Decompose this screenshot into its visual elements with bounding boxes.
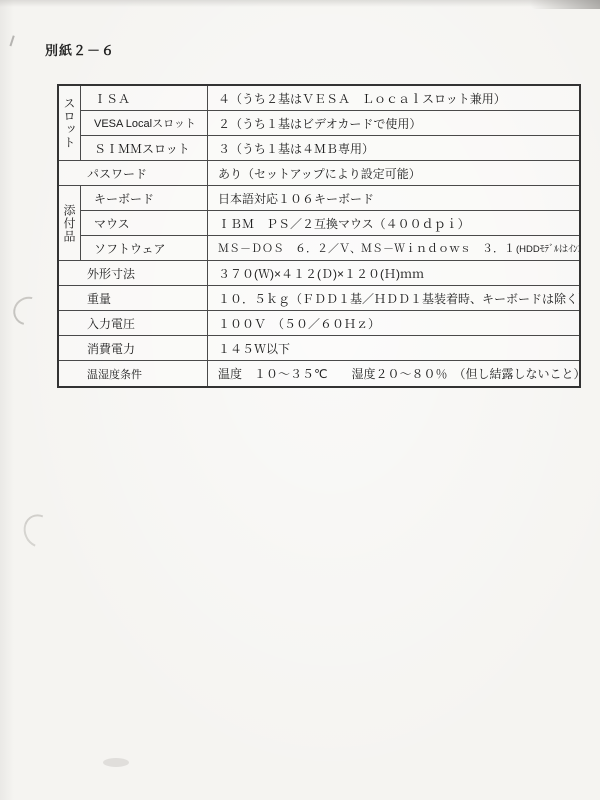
group-label-slots: スロット — [59, 86, 81, 161]
row-label-weight: 重量 — [59, 286, 208, 311]
scan-artifact-blob — [103, 758, 129, 767]
row-value-vesa-local-slot: ２（うち１基はビデオカードで使用） — [208, 111, 579, 136]
row-label-isa: ＩＳＡ — [81, 86, 208, 111]
row-value-input-voltage: １００Ｖ （５０／６０Ｈｚ） — [208, 311, 579, 336]
row-value-dimensions: ３７０(Ｗ)×４１２(Ｄ)×１２０(Ｈ)ｍｍ — [208, 261, 579, 286]
row-value-keyboard: 日本語対応１０６キーボード — [208, 186, 579, 211]
row-label-simm-slot: ＳＩＭＭスロット — [81, 136, 208, 161]
doc-number: 別紙２－６ — [45, 40, 115, 59]
row-value-temp-humidity: 温度 １０～３５℃ 湿度２０～８０％ （但し結露しないこと） — [208, 361, 579, 386]
group-label-accessories: 添付品 — [59, 186, 81, 261]
scan-artifact-curl-1 — [8, 291, 48, 330]
spec-table: スロット ＩＳＡ ４（うち２基はＶＥＳＡ Ｌｏｃａｌスロット兼用） VESA L… — [57, 84, 581, 388]
row-label-software: ソフトウェア — [81, 236, 208, 261]
row-label-vesa-local-slot: VESA Localスロット — [81, 111, 208, 136]
row-label-power-consumption: 消費電力 — [59, 336, 208, 361]
row-value-mouse: ＩＢＭ ＰＳ／２互換マウス（４００ｄｐｉ） — [208, 211, 579, 236]
software-value-note: (HDDﾓﾃﾞﾙはｲﾝｽﾄｰﾙ済み) — [516, 241, 579, 255]
row-value-password: あり（セットアップにより設定可能） — [208, 161, 579, 186]
row-value-simm-slot: ３（うち１基は４ＭＢ専用） — [208, 136, 579, 161]
scan-artifact-curl-2 — [18, 509, 60, 552]
row-value-software: ＭＳ－ＤＯＳ ６．２／Ｖ、ＭＳ－Ｗｉｎｄｏｗｓ ３．１(HDDﾓﾃﾞﾙはｲﾝｽﾄ… — [208, 236, 579, 261]
row-value-power-consumption: １４５Ｗ以下 — [208, 336, 579, 361]
row-value-weight: １０．５ｋｇ（ＦＤＤ１基／ＨＤＤ１基装着時、キーボードは除く） — [208, 286, 579, 311]
row-label-password: パスワード — [59, 161, 208, 186]
row-value-isa: ４（うち２基はＶＥＳＡ Ｌｏｃａｌスロット兼用） — [208, 86, 579, 111]
row-label-input-voltage: 入力電圧 — [59, 311, 208, 336]
row-label-keyboard: キーボード — [81, 186, 208, 211]
row-label-mouse: マウス — [81, 211, 208, 236]
row-label-temp-humidity: 温湿度条件 — [59, 361, 208, 386]
scan-smudge-top-right — [530, 0, 600, 9]
software-value-main: ＭＳ－ＤＯＳ ６．２／Ｖ、ＭＳ－Ｗｉｎｄｏｗｓ ３．１ — [218, 240, 515, 256]
row-label-dimensions: 外形寸法 — [59, 261, 208, 286]
scan-artifact-tick — [9, 35, 18, 47]
